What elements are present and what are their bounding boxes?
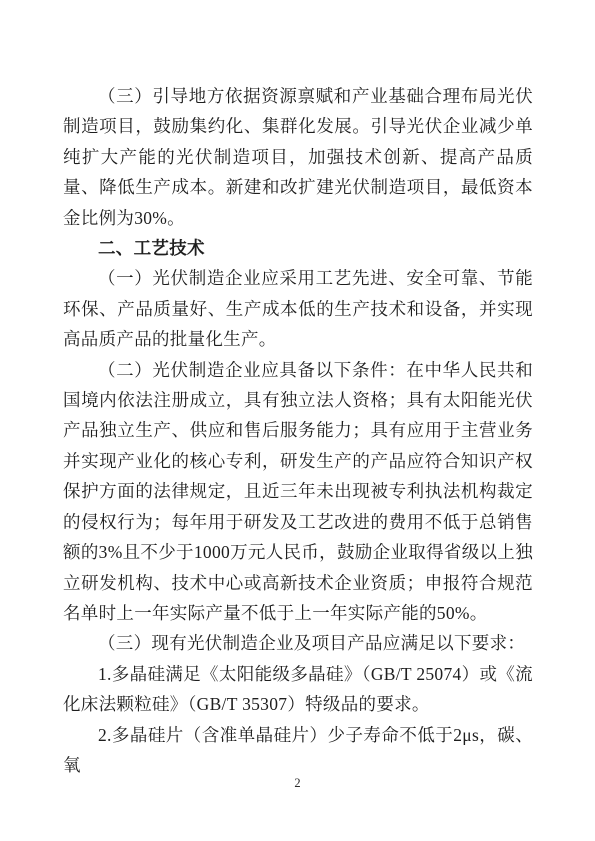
document-text-block: （三）引导地方依据资源禀赋和产业基础合理布局光伏制造项目，鼓励集约化、集群化发展… bbox=[63, 81, 533, 780]
list-item-polysilicon-standard: 1.多晶硅满足《太阳能级多晶硅》（GB/T 25074）或《流化床法颗粒硅》（G… bbox=[63, 659, 533, 720]
section-heading-process-technology: 二、工艺技术 bbox=[63, 233, 533, 263]
paragraph-process-requirements: （一）光伏制造企业应采用工艺先进、安全可靠、节能环保、产品质量好、生产成本低的生… bbox=[63, 263, 533, 354]
paragraph-existing-products-intro: （三）现有光伏制造企业及项目产品应满足以下要求： bbox=[63, 628, 533, 658]
paragraph-enterprise-conditions: （二）光伏制造企业应具备以下条件：在中华人民共和国境内依法注册成立，具有独立法人… bbox=[63, 355, 533, 629]
list-item-silicon-wafer-lifetime: 2.多晶硅片（含准单晶硅片）少子寿命不低于2μs，碳、氧 bbox=[63, 720, 533, 781]
page-number: 2 bbox=[0, 776, 595, 791]
paragraph-guide-layout: （三）引导地方依据资源禀赋和产业基础合理布局光伏制造项目，鼓励集约化、集群化发展… bbox=[63, 81, 533, 233]
document-page: （三）引导地方依据资源禀赋和产业基础合理布局光伏制造项目，鼓励集约化、集群化发展… bbox=[0, 0, 595, 841]
